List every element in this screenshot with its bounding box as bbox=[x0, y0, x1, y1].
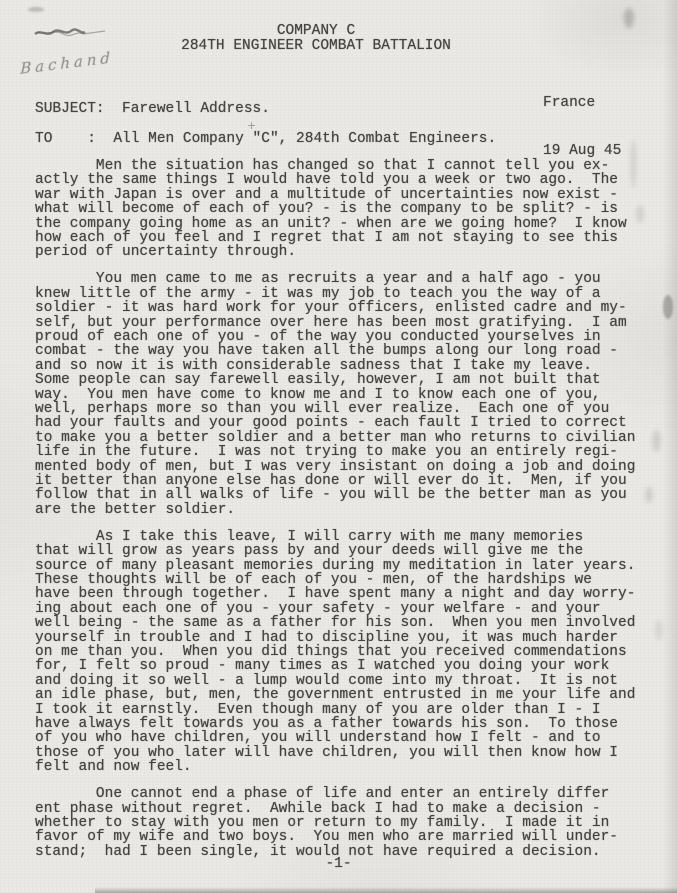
page-number: -1- bbox=[0, 856, 677, 872]
stain-mark bbox=[28, 7, 44, 12]
stain-mark bbox=[624, 8, 634, 28]
pencil-plus-mark: + bbox=[247, 119, 256, 132]
to-line: TO : All Men Company "C", 284th Combat E… bbox=[35, 131, 496, 147]
company-title: COMPANY C bbox=[110, 24, 522, 39]
paragraph: One cannot end a phase of life and enter… bbox=[35, 787, 667, 859]
battalion-title: 284TH ENGINEER COMBAT BATTALION bbox=[110, 39, 522, 54]
subject-line: SUBJECT: Farewell Address. bbox=[35, 101, 270, 117]
paragraph: Men the situation has changed so that I … bbox=[35, 159, 667, 260]
paragraph: You men came to me as recruits a year an… bbox=[35, 272, 667, 517]
paragraph: As I take this leave, I will carry with … bbox=[35, 530, 667, 775]
scan-bottom-edge bbox=[95, 887, 677, 893]
dateline-place: France bbox=[543, 95, 621, 111]
document-page: Bachand COMPANY C 284TH ENGINEER COMBAT … bbox=[0, 0, 677, 893]
handwritten-annotation: Bachand bbox=[20, 48, 114, 78]
letterhead: COMPANY C 284TH ENGINEER COMBAT BATTALIO… bbox=[110, 24, 522, 54]
dateline-date: 19 Aug 45 bbox=[543, 143, 621, 159]
pencil-scribble-mark bbox=[33, 25, 108, 41]
letter-body: Men the situation has changed so that I … bbox=[35, 159, 667, 872]
